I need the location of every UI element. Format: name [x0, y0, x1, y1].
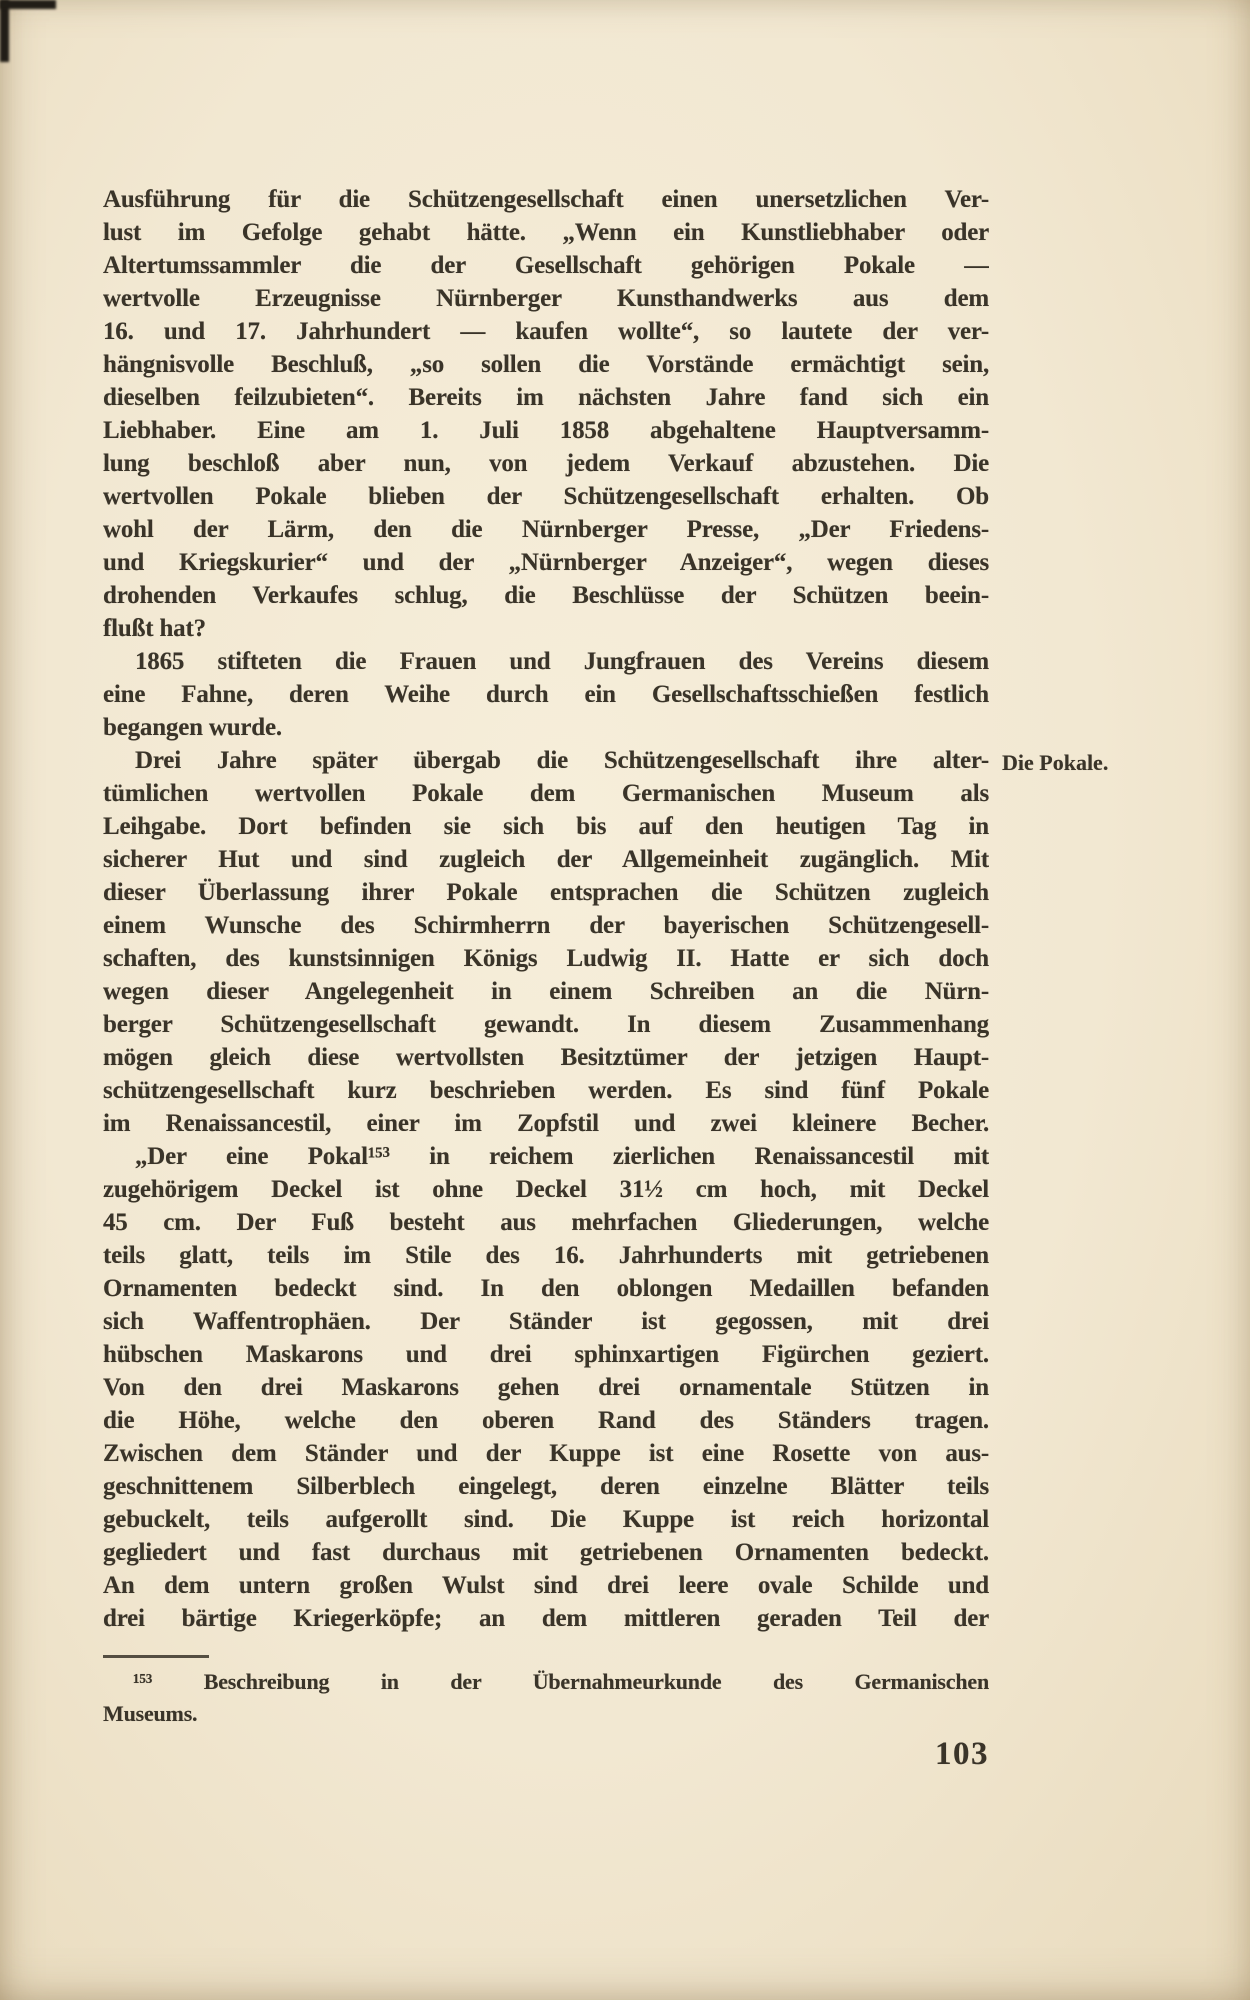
footnote-divider: [103, 1655, 209, 1658]
text-line: wegen dieser Angelegenheit in einem Schr…: [103, 975, 989, 1008]
text-line: Leihgabe. Dort befinden sie sich bis auf…: [103, 810, 989, 843]
text-line: 45 cm. Der Fuß besteht aus mehrfachen Gl…: [103, 1206, 989, 1239]
text-line: Von den drei Maskarons gehen drei orname…: [103, 1371, 989, 1404]
book-page-scan: Ausführung für die Schützengesellschaft …: [0, 0, 1250, 2000]
text-line: im Renaissancestil, einer im Zopfstil un…: [103, 1107, 989, 1140]
text-line: berger Schützengesellschaft gewandt. In …: [103, 1008, 989, 1041]
text-line: sich Waffentrophäen. Der Ständer ist geg…: [103, 1305, 989, 1338]
scan-edge-artifact: [0, 0, 56, 9]
body-text: Ausführung für die Schützengesellschaft …: [103, 183, 989, 1635]
text-line: wertvollen Pokale blieben der Schützenge…: [103, 480, 989, 513]
text-line: begangen wurde.: [103, 711, 989, 744]
text-line: „Der eine Pokal¹⁵³ in reichem zierlichen…: [103, 1140, 989, 1173]
text-line: mögen gleich diese wertvollsten Besitztü…: [103, 1041, 989, 1074]
text-line: sicherer Hut und sind zugleich der Allge…: [103, 843, 989, 876]
footnote-line: Museums.: [103, 1698, 989, 1730]
text-line: hübschen Maskarons und drei sphinxartige…: [103, 1338, 989, 1371]
text-line: schaften, des kunstsinnigen Königs Ludwi…: [103, 942, 989, 975]
text-line: Ausführung für die Schützengesellschaft …: [103, 183, 989, 216]
text-line: eine Fahne, deren Weihe durch ein Gesell…: [103, 678, 989, 711]
text-line: Drei Jahre später übergab die Schützenge…: [103, 744, 989, 777]
text-line: teils glatt, teils im Stile des 16. Jahr…: [103, 1239, 989, 1272]
text-line: drohenden Verkaufes schlug, die Beschlüs…: [103, 579, 989, 612]
scan-edge-artifact: [0, 0, 9, 62]
text-line: dieser Überlassung ihrer Pokale entsprac…: [103, 876, 989, 909]
text-line: tümlichen wertvollen Pokale dem Germanis…: [103, 777, 989, 810]
text-line: drei bärtige Kriegerköpfe; an dem mittle…: [103, 1602, 989, 1635]
text-line: geschnittenem Silberblech eingelegt, der…: [103, 1470, 989, 1503]
text-line: lung beschloß aber nun, von jedem Verkau…: [103, 447, 989, 480]
text-line: Altertumssammler die der Gesellschaft ge…: [103, 249, 989, 282]
text-line: 16. und 17. Jahrhundert — kaufen wollte“…: [103, 315, 989, 348]
text-line: Zwischen dem Ständer und der Kuppe ist e…: [103, 1437, 989, 1470]
margin-note: Die Pokale.: [1002, 750, 1202, 776]
text-line: und Kriegskurier“ und der „Nürnberger An…: [103, 546, 989, 579]
text-line: dieselben feilzubieten“. Bereits im näch…: [103, 381, 989, 414]
text-line: die Höhe, welche den oberen Rand des Stä…: [103, 1404, 989, 1437]
text-line: einem Wunsche des Schirmherrn der bayeri…: [103, 909, 989, 942]
page-number: 103: [103, 1736, 989, 1773]
text-line: lust im Gefolge gehabt hätte. „Wenn ein …: [103, 216, 989, 249]
text-line: 1865 stifteten die Frauen und Jungfrauen…: [103, 645, 989, 678]
text-line: Liebhaber. Eine am 1. Juli 1858 abgehalt…: [103, 414, 989, 447]
text-line: gegliedert und fast durchaus mit getrieb…: [103, 1536, 989, 1569]
text-line: flußt hat?: [103, 612, 989, 645]
footnote-line: ¹⁵³ Beschreibung in der Übernahmeurkunde…: [103, 1666, 989, 1698]
text-line: wertvolle Erzeugnisse Nürnberger Kunstha…: [103, 282, 989, 315]
text-line: gebuckelt, teils aufgerollt sind. Die Ku…: [103, 1503, 989, 1536]
text-line: Ornamenten bedeckt sind. In den oblongen…: [103, 1272, 989, 1305]
text-line: schützengesellschaft kurz beschrieben we…: [103, 1074, 989, 1107]
text-line: An dem untern großen Wulst sind drei lee…: [103, 1569, 989, 1602]
text-line: zugehörigem Deckel ist ohne Deckel 31½ c…: [103, 1173, 989, 1206]
text-line: wohl der Lärm, den die Nürnberger Presse…: [103, 513, 989, 546]
text-line: hängnisvolle Beschluß, „so sollen die Vo…: [103, 348, 989, 381]
footnote: ¹⁵³ Beschreibung in der Übernahmeurkunde…: [103, 1666, 989, 1730]
